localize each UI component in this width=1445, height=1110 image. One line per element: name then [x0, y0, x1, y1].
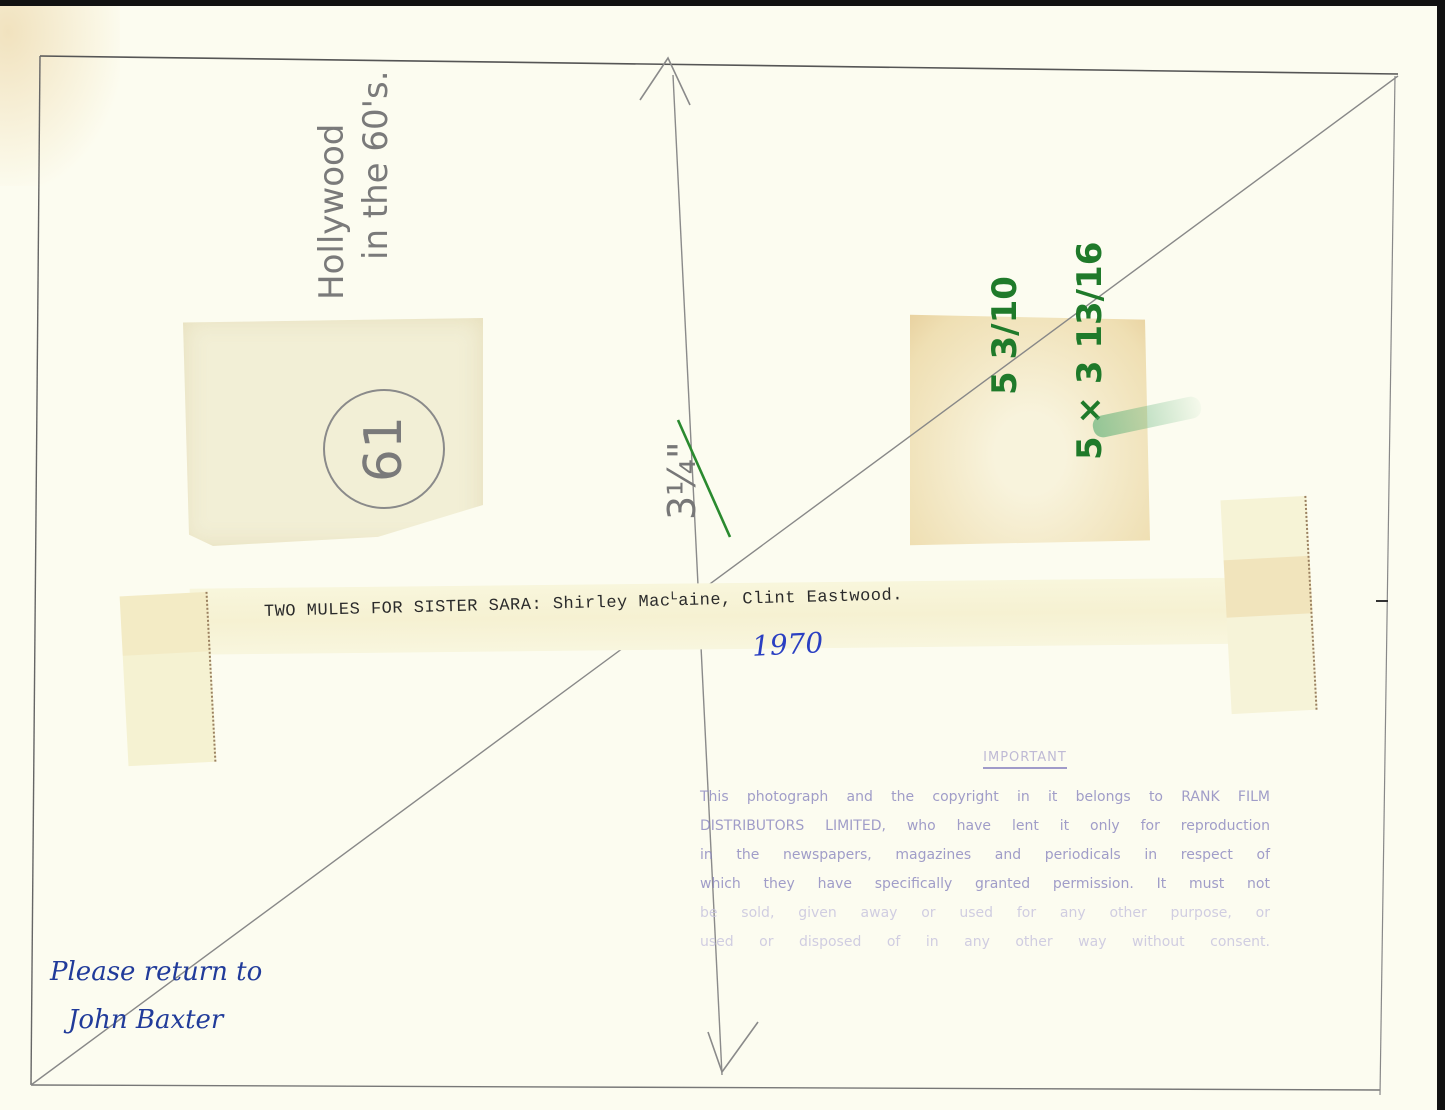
crop-line-left — [31, 56, 40, 1085]
stamp-line: This photograph and the copyright in it … — [700, 783, 1270, 812]
circled-number: 61 — [323, 389, 445, 509]
pencil-measurement: 3¼" — [660, 442, 704, 521]
stamp-body: This photograph and the copyright in it … — [700, 783, 1270, 957]
stamp-line: used or disposed of in any other way wit… — [700, 928, 1270, 957]
pencil-title-line-2: in the 60's. — [354, 70, 398, 300]
stamp-line: in the newspapers, magazines and periodi… — [700, 841, 1270, 870]
return-note: Please return to John Baxter — [50, 948, 262, 1044]
stamp-heading: IMPORTANT — [700, 750, 1270, 765]
tape-left — [120, 592, 217, 766]
arrow-down-icon — [708, 1022, 758, 1072]
stamp-line: which they have specifically granted per… — [700, 870, 1270, 899]
crop-line-bottom — [31, 1085, 1380, 1090]
green-dimension-1: 5 3/10 — [985, 276, 1025, 395]
copyright-stamp: IMPORTANT This photograph and the copyri… — [700, 750, 1270, 957]
pencil-title: Hollywood in the 60's. — [310, 70, 398, 300]
crop-line-right — [1380, 76, 1395, 1095]
stamp-line: DISTRIBUTORS LIMITED, who have lent it o… — [700, 812, 1270, 841]
stamp-heading-text: IMPORTANT — [983, 750, 1067, 769]
return-note-line-2: John Baxter — [50, 996, 262, 1044]
cast-part-1: Shirley Mac — [553, 592, 671, 614]
handwritten-year: 1970 — [751, 626, 824, 663]
return-note-line-1: Please return to — [50, 948, 262, 996]
crop-line-top — [40, 56, 1398, 74]
stamp-line: be sold, given away or used for any othe… — [700, 899, 1270, 928]
pencil-title-line-1: Hollywood — [310, 70, 354, 300]
circled-number-text: 61 — [354, 416, 414, 482]
tape-right — [1220, 496, 1317, 714]
